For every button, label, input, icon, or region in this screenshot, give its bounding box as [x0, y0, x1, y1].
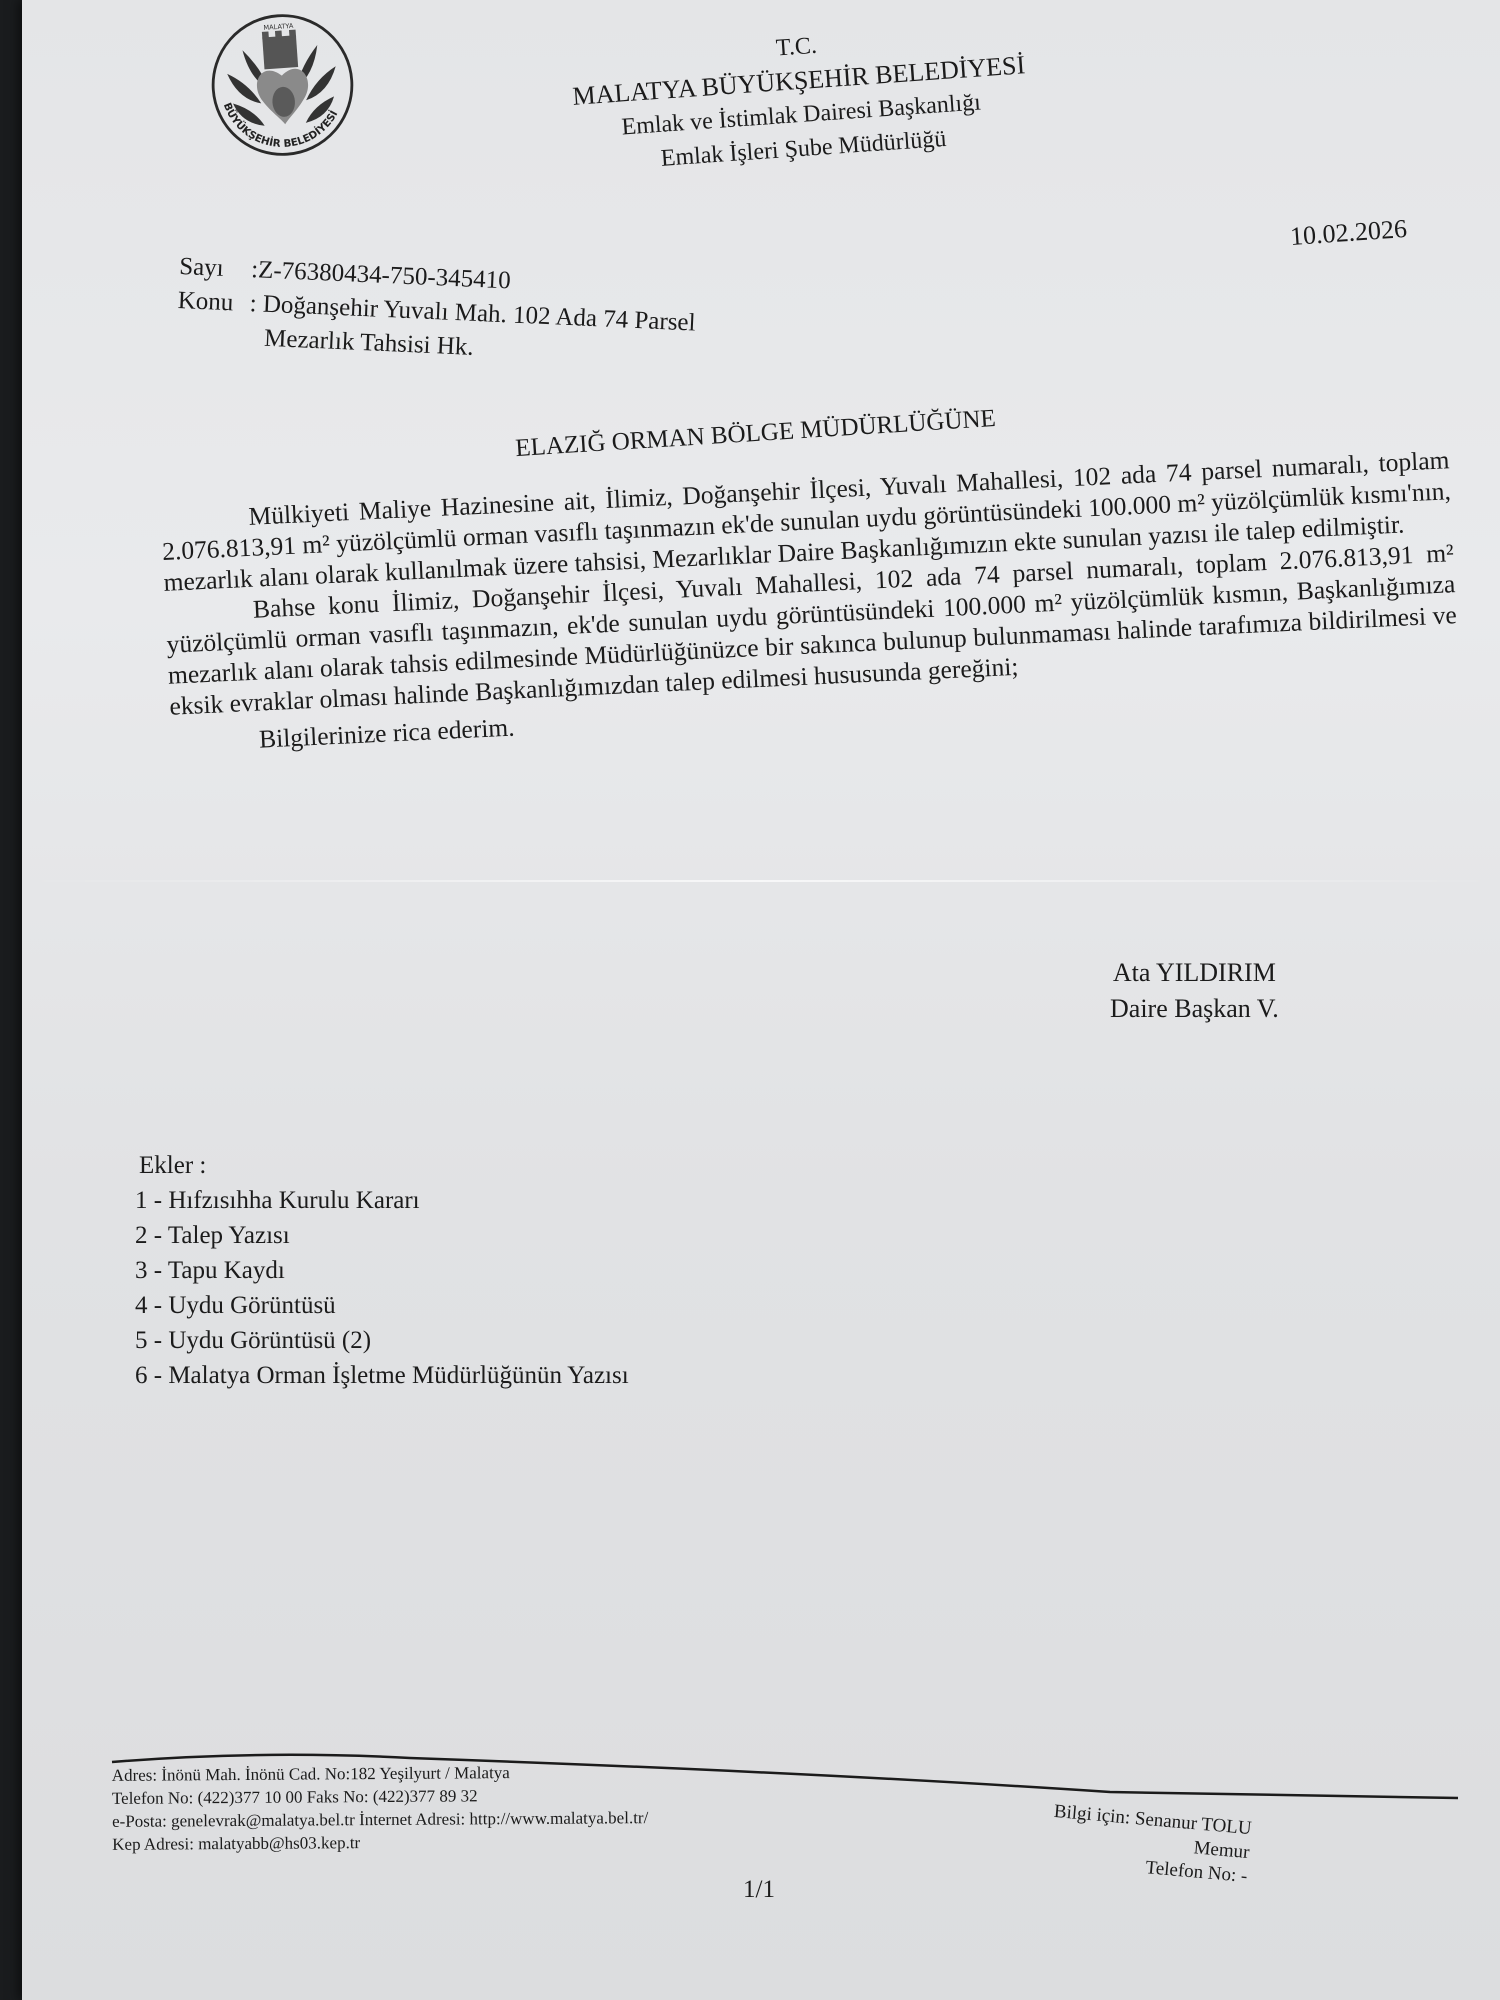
- attachment-item: 6 - Malatya Orman İşletme Müdürlüğünün Y…: [135, 1358, 629, 1393]
- number-label: Sayı: [179, 250, 252, 287]
- attachment-item: 1 - Hıfzısıhha Kurulu Kararı: [135, 1183, 629, 1218]
- attachments: Ekler : 1 - Hıfzısıhha Kurulu Kararı 2 -…: [135, 1148, 629, 1393]
- signatory-name: Ata YILDIRIM: [1110, 955, 1279, 991]
- attachment-item: 3 - Tapu Kaydı: [135, 1253, 629, 1288]
- signature-block: Ata YILDIRIM Daire Başkan V.: [1110, 955, 1279, 1027]
- page-number: 1/1: [743, 1876, 775, 1904]
- attachments-title: Ekler :: [139, 1148, 629, 1183]
- attachment-item: 5 - Uydu Görüntüsü (2): [135, 1323, 629, 1358]
- footer-contact: Adres: İnönü Mah. İnönü Cad. No:182 Yeşi…: [112, 1760, 649, 1856]
- paper-fold: [22, 880, 1500, 882]
- footer-kep: Kep Adresi: malatyabb@hs03.kep.tr: [112, 1829, 648, 1856]
- signatory-title: Daire Başkan V.: [1110, 991, 1279, 1027]
- attachment-item: 4 - Uydu Görüntüsü: [135, 1288, 629, 1323]
- attachment-item: 2 - Talep Yazısı: [135, 1218, 629, 1253]
- municipality-seal-icon: MALATYA BÜYÜKŞEHİR BELEDİYESİ: [200, 5, 365, 165]
- footer-email: e-Posta: genelevrak@malatya.bel.tr İnter…: [112, 1806, 648, 1833]
- subject-label: Konu: [177, 284, 250, 321]
